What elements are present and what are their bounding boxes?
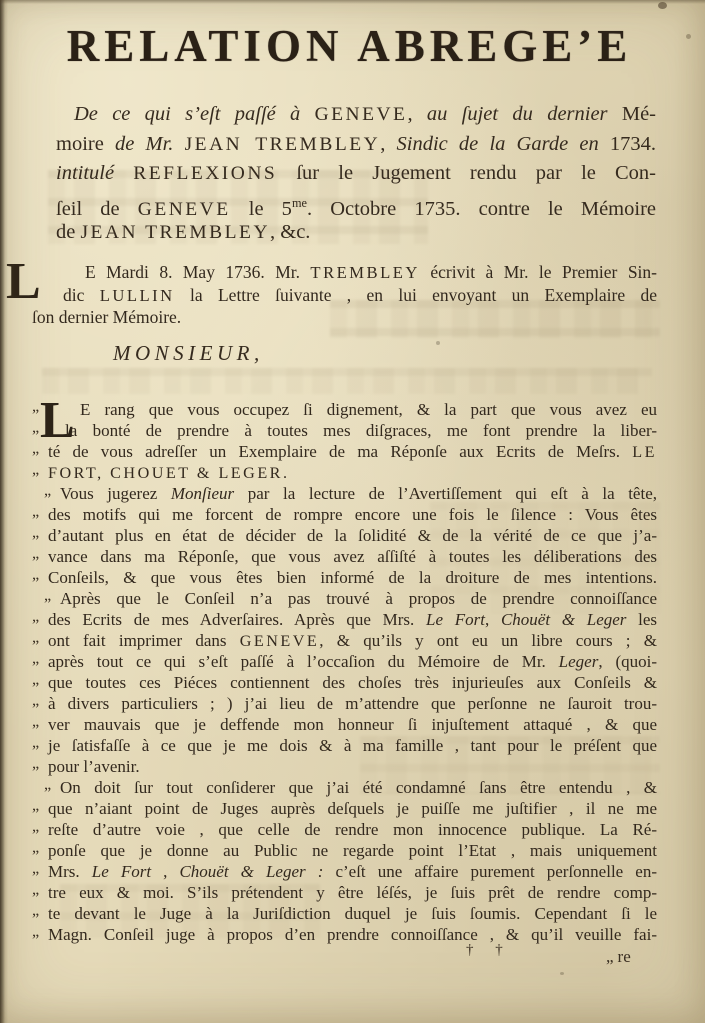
line-quote-mark: „ xyxy=(32,900,39,921)
text-segment: . Octobre 1735. contre le Mémoire xyxy=(307,197,656,219)
text-segment: De ce qui s’eſt paſſé à xyxy=(74,103,315,125)
text-segment: de Mr. xyxy=(115,133,185,155)
text-segment: de xyxy=(56,221,80,243)
text-segment: les xyxy=(626,610,657,629)
text-segment: Le Fort xyxy=(426,610,485,629)
text-segment: des Ecrits de mes Adverſaires. Après que… xyxy=(48,610,426,629)
line-quote-mark: „ xyxy=(32,438,39,459)
text-segment: REFLEXIONS xyxy=(133,163,277,184)
text-line: De ce qui s’eſt paſſé à GENEVE, au ſujet… xyxy=(56,100,656,130)
text-line: „des Ecrits de mes Adverſaires. Après qu… xyxy=(32,609,657,630)
line-quote-mark: „ xyxy=(32,606,39,627)
text-segment: GENEVE xyxy=(315,104,408,125)
text-segment: ſeil de xyxy=(56,197,138,219)
text-segment: GENEVE xyxy=(240,633,320,650)
text-segment: des motifs qui me forcent de rompre enco… xyxy=(48,505,657,524)
line-quote-mark: „ xyxy=(32,564,39,585)
text-segment: E Mardi 8. May 1736. Mr. xyxy=(85,262,310,282)
text-segment: TREMBLEY xyxy=(310,263,420,282)
ink-speck xyxy=(436,341,440,345)
line-quote-mark: „ xyxy=(32,501,39,522)
text-segment: Leger xyxy=(559,652,599,671)
verso-bleedthrough xyxy=(42,368,652,394)
text-segment: ſur le Jugement rendu par le Con- xyxy=(277,162,656,184)
text-line: „reſte d’autre voie , que celle de rendr… xyxy=(32,819,657,840)
text-line: „ont fait imprimer dans GENEVE, & qu’ils… xyxy=(32,630,657,651)
text-line: „Magn. Conſeil juge à propos d’en prendr… xyxy=(32,924,657,945)
text-segment: , xyxy=(380,133,396,155)
text-segment: Mrs. xyxy=(48,862,92,881)
text-segment: Vous jugerez xyxy=(60,484,171,503)
text-segment: c’eſt une affaire purement perſonnelle e… xyxy=(323,862,657,881)
text-segment: reſte d’autre voie , que celle de rendre… xyxy=(48,820,657,839)
line-quote-mark: „ xyxy=(32,879,39,900)
text-segment: intitulé xyxy=(56,162,133,184)
text-segment: au ſujet du dernier xyxy=(427,103,622,125)
text-line: „d’autant plus en état de décider de la … xyxy=(32,525,657,546)
text-line: „à divers particuliers ; ) j’ai lieu de … xyxy=(32,693,657,714)
page-left-edge xyxy=(0,0,8,1023)
text-line: „vance dans ma Réponſe, que vous avez aſ… xyxy=(32,546,657,567)
text-segment: , (quoi- xyxy=(598,652,657,671)
text-segment: FORT, CHOUET & LEGER. xyxy=(48,465,289,482)
text-line: „FORT, CHOUET & LEGER. xyxy=(32,462,657,483)
catchword: „re xyxy=(606,947,631,967)
text-line: „ver mauvais que je deffende mon honneur… xyxy=(32,714,657,735)
text-segment: ponſe que je donne au Public ne regarde … xyxy=(48,841,657,860)
text-segment: , &c. xyxy=(270,221,310,243)
letter-body: „E rang que vous occupez ſi dignement, &… xyxy=(32,399,657,945)
book-page: RELATION ABREGE’E De ce qui s’eſt paſſé … xyxy=(0,0,705,1023)
text-segment: E rang que vous occupez ſi dignement, & … xyxy=(80,400,657,419)
line-quote-mark: „ xyxy=(32,837,39,858)
line-quote-mark: „ xyxy=(32,732,39,753)
line-quote-mark: „ xyxy=(32,522,39,543)
text-segment: à divers particuliers ; ) j’ai lieu de m… xyxy=(48,694,657,713)
text-segment: que n’aiant point de Juges auprès deſque… xyxy=(48,799,657,818)
text-segment: moire xyxy=(56,133,115,155)
text-line: „ponſe que je donne au Public ne regarde… xyxy=(32,840,657,861)
text-line: „pour l’avenir. xyxy=(32,756,657,777)
text-segment: Monſieur xyxy=(171,484,234,503)
line-quote-mark: „ xyxy=(32,543,39,564)
text-line: „des motifs qui me forcent de rompre enc… xyxy=(32,504,657,525)
text-segment: après tout ce qui s’eſt paſſé à l’occaſi… xyxy=(48,652,559,671)
text-segment: d’autant plus en état de décider de la ſ… xyxy=(48,526,657,545)
text-line: „la bonté de prendre à toutes mes diſgra… xyxy=(32,420,657,441)
line-quote-mark: „ xyxy=(32,795,39,816)
page-title: RELATION ABREGE’E xyxy=(0,20,699,72)
text-segment: je ſatisfaſſe à ce que je me dois & à ma… xyxy=(48,736,657,755)
text-segment: par la lecture de l’Avertiſſement qui eſ… xyxy=(234,484,657,503)
text-segment: Après que le Conſeil n’a pas trouvé à pr… xyxy=(60,589,657,608)
line-quote-mark: „ xyxy=(32,921,39,942)
text-line: „te devant le Juge à la Juriſdiction duq… xyxy=(32,903,657,924)
page-top-edge xyxy=(0,0,705,4)
text-line: „je ſatisfaſſe à ce que je me dois & à m… xyxy=(32,735,657,756)
salutation: MONSIEUR, xyxy=(113,341,264,366)
text-line: „après tout ce qui s’eſt paſſé à l’occaſ… xyxy=(32,651,657,672)
intro-paragraph: E Mardi 8. May 1736. Mr. TREMBLEY écrivi… xyxy=(32,261,657,329)
subtitle: De ce qui s’eſt paſſé à GENEVE, au ſujet… xyxy=(56,100,656,248)
text-segment: que toutes ces Piéces contiennent des ch… xyxy=(48,673,657,692)
text-segment: Magn. Conſeil juge à propos d’en prendre… xyxy=(48,925,657,944)
line-quote-mark: „ xyxy=(32,669,39,690)
text-segment: tre eux & moi. S’ils prétendent y être l… xyxy=(48,883,657,902)
text-segment: ver mauvais que je deffende mon honneur … xyxy=(48,715,657,734)
text-segment: , & qu’ils y ont eu un libre cours ; & xyxy=(319,631,657,650)
text-segment: JEAN TREMBLEY xyxy=(185,134,381,155)
text-segment: LULLIN xyxy=(100,286,175,305)
text-segment: vance dans ma Réponſe, que vous avez aſſ… xyxy=(48,547,657,566)
text-line: „que toutes ces Piéces contiennent des c… xyxy=(32,672,657,693)
text-segment: , xyxy=(485,610,501,629)
text-line: „té de vous adreſſer un Exemplaire de ma… xyxy=(32,441,657,462)
text-segment: la Lettre ſuivante , en lui envoyant un … xyxy=(175,285,657,305)
line-quote-mark: „ xyxy=(32,648,39,669)
text-segment: GENEVE xyxy=(138,198,231,219)
text-segment: , xyxy=(151,862,179,881)
text-segment: la bonté de prendre à toutes mes diſgrac… xyxy=(65,421,657,440)
text-segment: le 5 xyxy=(231,197,292,219)
text-segment: , xyxy=(407,103,426,125)
text-line: intitulé REFLEXIONS ſur le Jugement rend… xyxy=(56,159,656,189)
text-line: ſon dernier Mémoire. xyxy=(32,306,657,329)
text-segment: LE xyxy=(632,444,657,461)
text-segment: On doit ſur tout conſiderer que j’ai été… xyxy=(60,778,657,797)
text-line: E Mardi 8. May 1736. Mr. TREMBLEY écrivi… xyxy=(32,261,657,284)
text-segment: dic xyxy=(63,285,100,305)
text-segment: pour l’avenir. xyxy=(48,757,140,776)
line-quote-mark: „ xyxy=(32,396,39,417)
line-quote-mark: „ xyxy=(32,690,39,711)
text-segment: me xyxy=(292,196,307,210)
text-line: „Après que le Conſeil n’a pas trouvé à p… xyxy=(32,588,657,609)
text-line: „Mrs. Le Fort , Chouët & Leger : c’eſt u… xyxy=(32,861,657,882)
text-line: moire de Mr. JEAN TREMBLEY, Sindic de la… xyxy=(56,130,656,160)
text-segment: ont fait imprimer dans xyxy=(48,631,240,650)
line-quote-mark: „ xyxy=(32,711,39,732)
line-quote-mark: „ xyxy=(32,459,39,480)
line-quote-mark: „ xyxy=(44,585,51,606)
line-quote-mark: „ xyxy=(44,480,51,501)
text-segment: Sindic de la Garde en xyxy=(397,133,610,155)
text-segment: Le Fort xyxy=(92,862,151,881)
text-line: de JEAN TREMBLEY, &c. xyxy=(56,218,656,248)
text-segment: Mé- xyxy=(622,103,656,125)
catchword-text: re xyxy=(618,947,631,966)
line-quote-mark: „ xyxy=(32,816,39,837)
text-segment: Conſeils, & que vous êtes bien informé d… xyxy=(48,568,657,587)
text-line: „Vous jugerez Monſieur par la lecture de… xyxy=(32,483,657,504)
text-line: ſeil de GENEVE le 5me. Octobre 1735. con… xyxy=(56,189,656,219)
ink-speck xyxy=(560,972,564,975)
line-quote-mark: „ xyxy=(32,627,39,648)
text-segment: écrivit à Mr. le Premier Sin- xyxy=(420,262,657,282)
text-segment: te devant le Juge à la Juriſdiction duqu… xyxy=(48,904,657,923)
line-quote-mark: „ xyxy=(44,774,51,795)
text-line: „que n’aiant point de Juges auprès deſqu… xyxy=(32,798,657,819)
text-line: „E rang que vous occupez ſi dignement, &… xyxy=(32,399,657,420)
catchword-quote-mark: „ xyxy=(606,947,614,966)
line-quote-mark: „ xyxy=(32,858,39,879)
line-quote-mark: „ xyxy=(32,417,39,438)
text-segment: Chouët & Leger : xyxy=(179,862,323,881)
text-segment: Chouët & Leger xyxy=(501,610,626,629)
text-segment: 1734. xyxy=(610,133,656,155)
text-line: „On doit ſur tout conſiderer que j’ai ét… xyxy=(32,777,657,798)
signature-mark: † † xyxy=(466,942,512,959)
text-line: „tre eux & moi. S’ils prétendent y être … xyxy=(32,882,657,903)
text-line: dic LULLIN la Lettre ſuivante , en lui e… xyxy=(32,284,657,307)
text-segment: JEAN TREMBLEY xyxy=(80,222,270,243)
text-segment: ſon dernier Mémoire. xyxy=(32,307,181,327)
text-segment: té de vous adreſſer un Exemplaire de ma … xyxy=(48,442,632,461)
text-line: „Conſeils, & que vous êtes bien informé … xyxy=(32,567,657,588)
line-quote-mark: „ xyxy=(32,753,39,774)
